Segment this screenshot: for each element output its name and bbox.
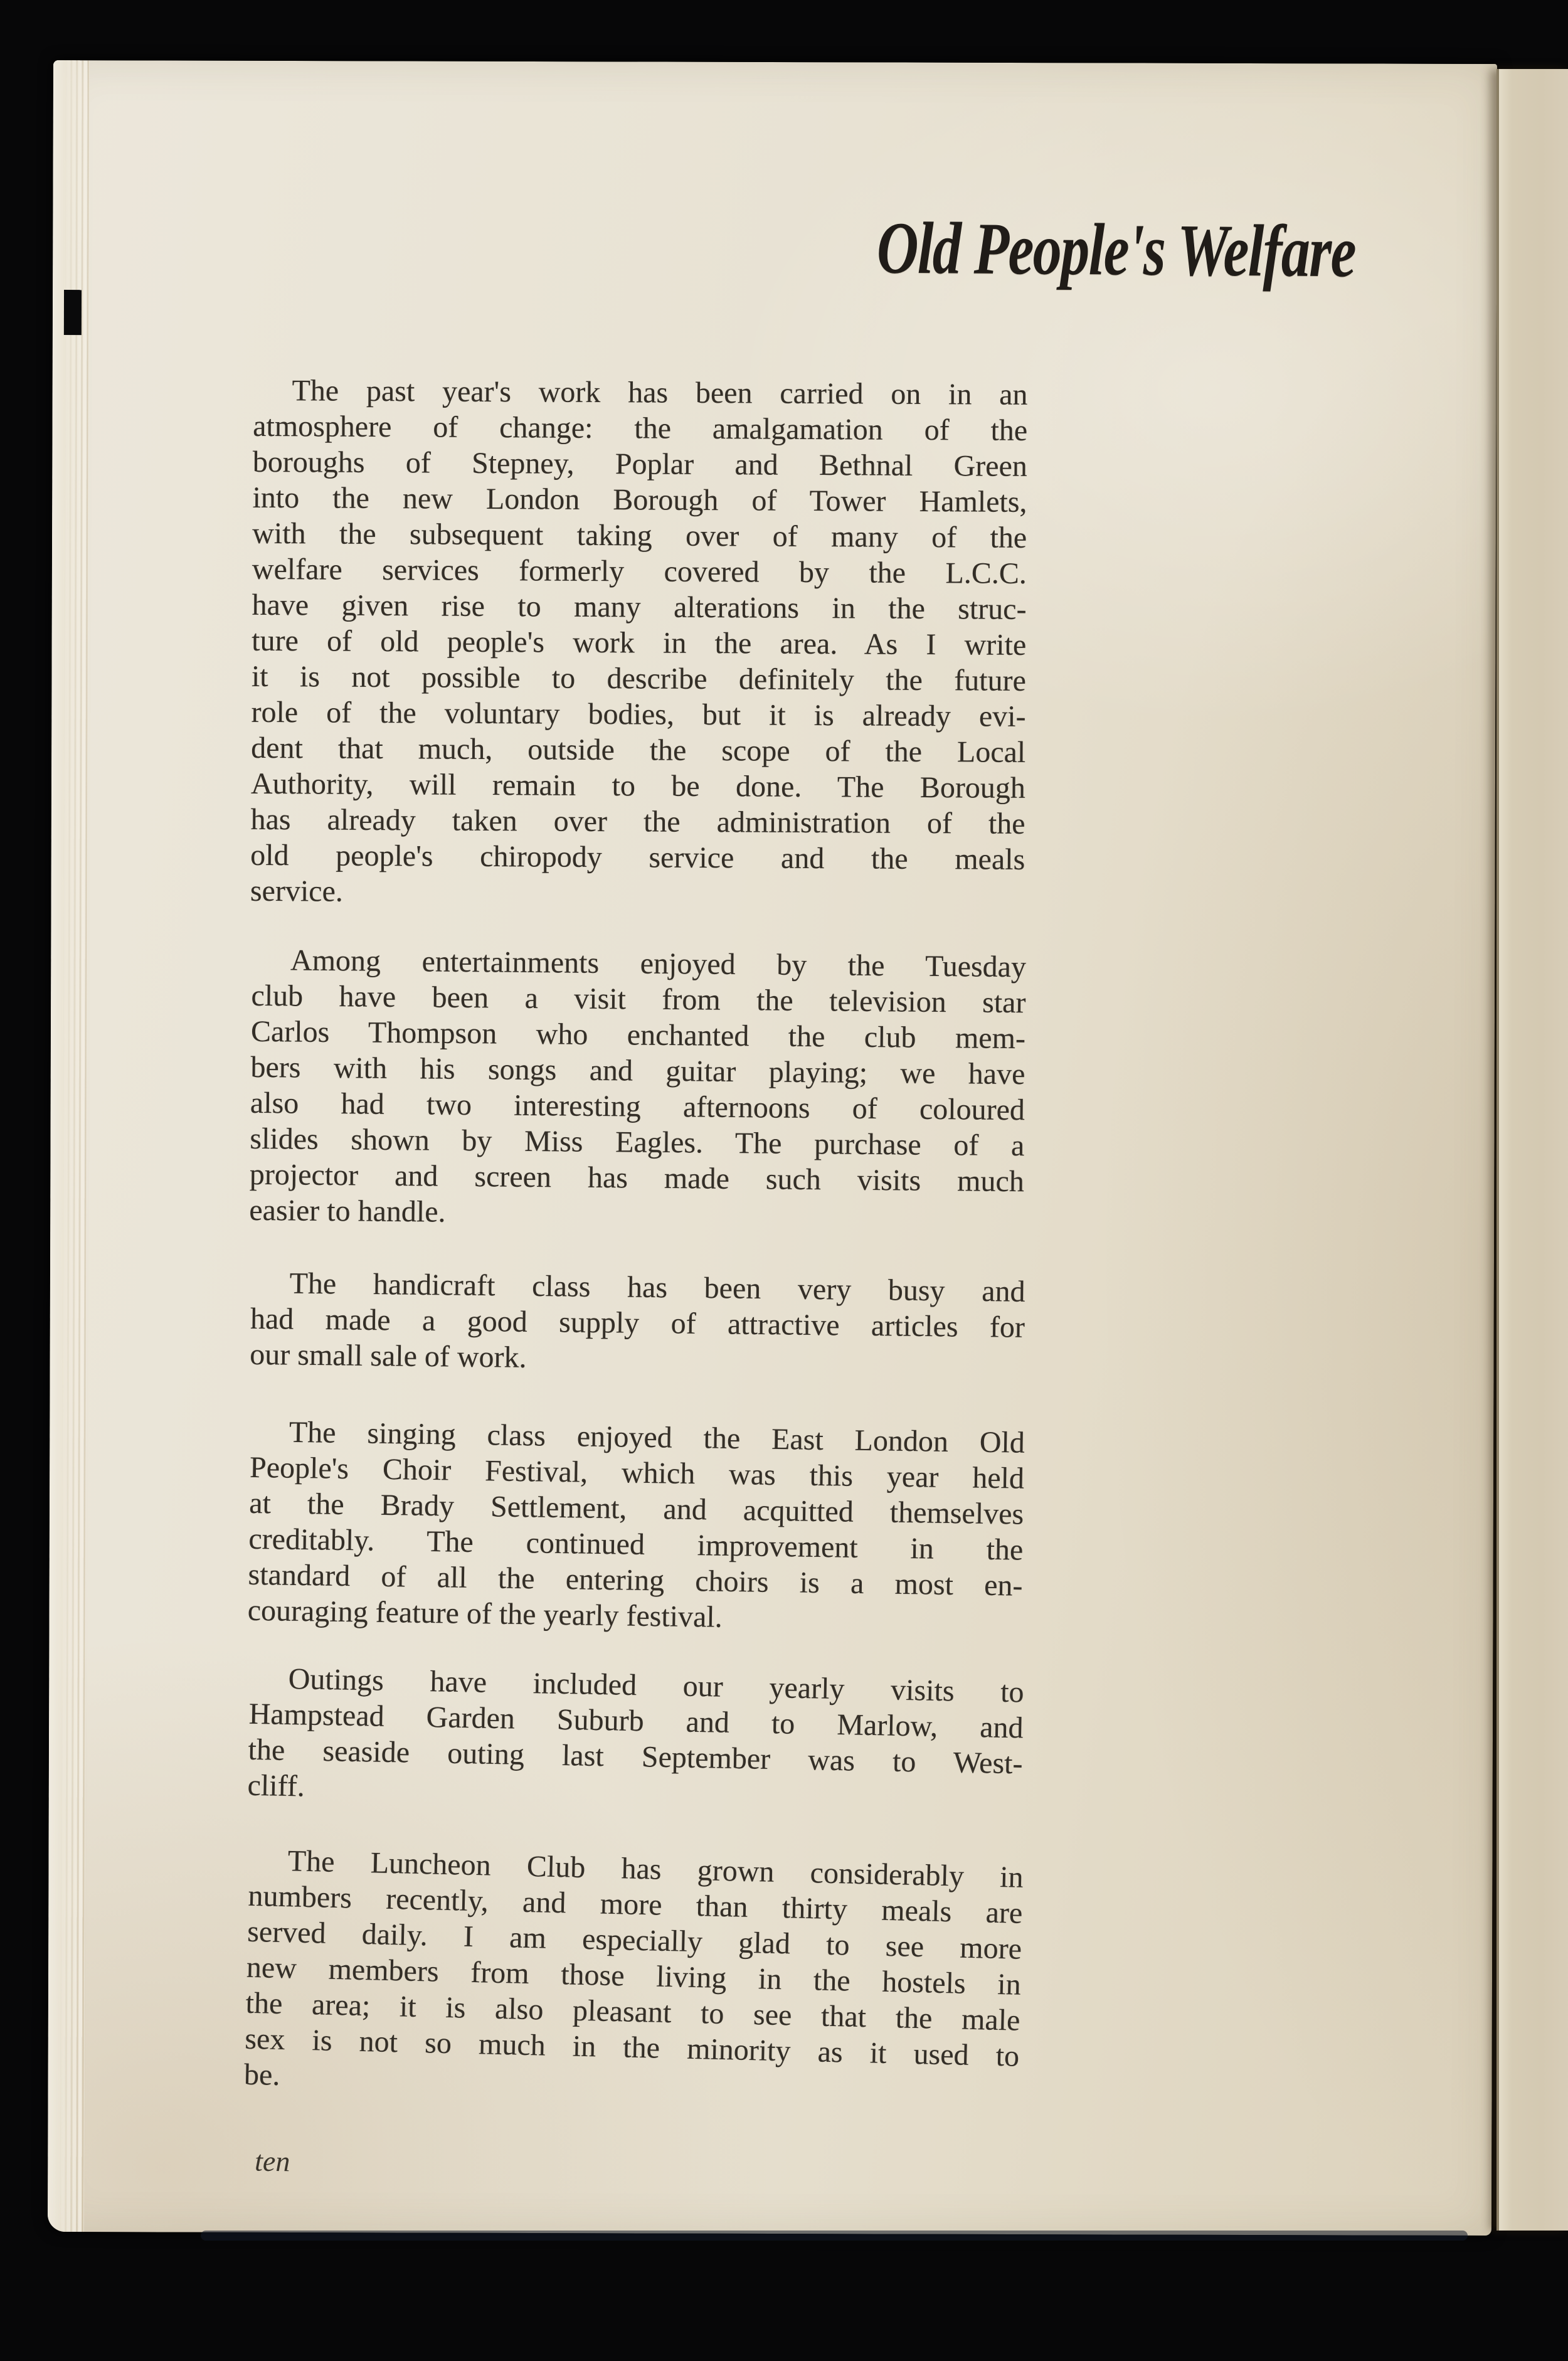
text-line: easier to handle. (249, 1192, 1024, 1235)
text-line: it is not possible to describe definitel… (252, 659, 1026, 699)
text-line: into the new London Borough of Tower Ham… (252, 480, 1027, 520)
text-line: The past year's work has been carried on… (253, 373, 1027, 413)
book-page: Old People's Welfare The past year's wor… (48, 60, 1497, 2236)
text-line: Authority, will remain to be done. The B… (251, 766, 1025, 806)
paragraph: The past year's work has been carried on… (250, 373, 1028, 913)
paragraph: The handicraft class has been very busy … (250, 1265, 1025, 1381)
text-line: atmosphere of change: the amalgamation o… (253, 408, 1027, 448)
paragraph: The singing class enjoyed the East Londo… (247, 1414, 1025, 1640)
text-line: have given rise to many alterations in t… (252, 587, 1026, 627)
text-line: with the subsequent taking over of many … (252, 516, 1027, 556)
book-bottom-shadow (201, 2231, 1468, 2241)
text-line: role of the voluntary bodies, but it is … (251, 694, 1025, 735)
text-line: has already taken over the administratio… (250, 802, 1025, 842)
page-number: ten (255, 2145, 290, 2178)
bookmark-notch (64, 290, 82, 335)
photo-background: { "page": { "title": "Old People's Welfa… (0, 0, 1568, 2361)
facing-page-edge (1496, 69, 1568, 2231)
page-title: Old People's Welfare (876, 205, 1355, 294)
paragraph: Outings have included our yearly visits … (247, 1660, 1024, 1818)
text-line: service. (250, 873, 1025, 913)
paragraph: The Luncheon Club has grown considerably… (244, 1842, 1024, 2110)
text-line: welfare services formerly covered by the… (252, 551, 1027, 592)
paragraph: Among entertainments enjoyed by the Tues… (249, 942, 1026, 1235)
text-line: old people's chiropody service and the m… (250, 837, 1025, 878)
page-edge-stack (48, 60, 90, 2232)
text-line: boroughs of Stepney, Poplar and Bethnal … (253, 444, 1027, 484)
body-text: The past year's work has been carried on… (249, 373, 1028, 2094)
text-line: dent that much, outside the scope of the… (251, 730, 1025, 770)
text-line: ture of old people's work in the area. A… (252, 623, 1026, 663)
